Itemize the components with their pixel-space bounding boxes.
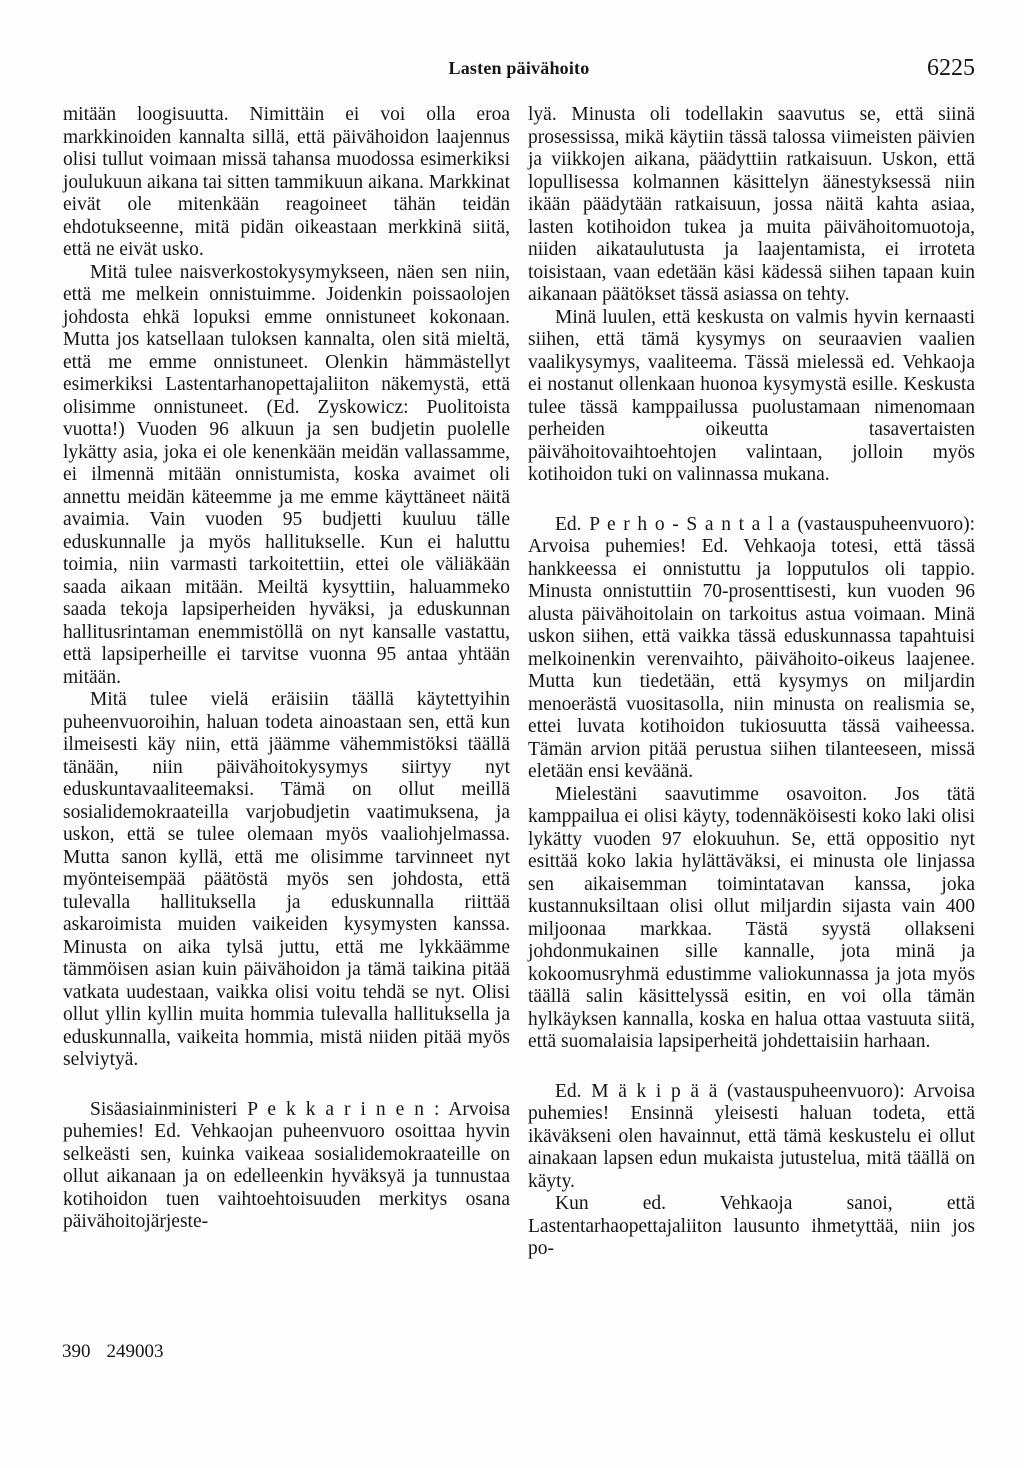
paragraph: Mitä tulee vielä eräisiin täällä käytett…: [63, 689, 510, 1072]
page-header: Lasten päivähoito 6225: [63, 55, 975, 83]
document-page: Lasten päivähoito 6225 mitään loogisuutt…: [0, 0, 1024, 1468]
right-column: lyä. Minusta oli todellakin saavutus se,…: [528, 104, 975, 1261]
paragraph: Mitä tulee naisverkostokysymykseen, näen…: [63, 262, 510, 690]
speech-paragraph-perho-santala: Ed. P e r h o - S a n t a l a (vastauspu…: [528, 514, 975, 784]
paragraph-continuation: lyä. Minusta oli todellakin saavutus se,…: [528, 104, 975, 307]
footer-code-2: 249003: [107, 1341, 164, 1362]
page-number: 6225: [927, 55, 975, 82]
paragraph: Mielestäni saavutimme osavoiton. Jos tät…: [528, 784, 975, 1054]
text-columns: mitään loogisuutta. Nimittäin ei voi oll…: [63, 104, 975, 1261]
paragraph: Kun ed. Vehkaoja sanoi, että Lastentarha…: [528, 1193, 975, 1261]
footer-code-1: 390: [62, 1341, 91, 1362]
page-footer: 390249003: [62, 1341, 164, 1363]
paragraph-continuation: mitään loogisuutta. Nimittäin ei voi oll…: [63, 104, 510, 262]
paragraph: Minä luulen, että keskusta on valmis hyv…: [528, 307, 975, 487]
speech-paragraph-makipaa: Ed. M ä k i p ä ä (vastauspuheenvuoro): …: [528, 1081, 975, 1194]
running-title: Lasten päivähoito: [63, 58, 975, 79]
speech-paragraph-pekkarinen: Sisäasiainministeri P e k k a r i n e n …: [63, 1099, 510, 1234]
left-column: mitään loogisuutta. Nimittäin ei voi oll…: [63, 104, 510, 1261]
